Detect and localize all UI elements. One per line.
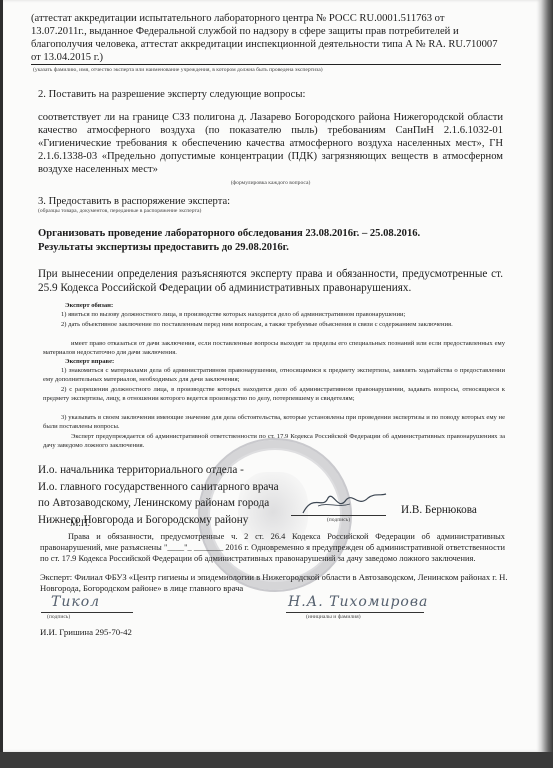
obligation-item-2: 2) дать объективное заключение по постав…: [43, 320, 505, 329]
seal-label: М.П.: [70, 519, 90, 529]
results-deadline-line: Результаты экспертизы предоставить до 29…: [38, 241, 508, 254]
expert-institution-line: Эксперт: Филиал ФБУЗ «Центр гигиены и эп…: [40, 572, 508, 594]
rights-intro: При вынесении определения разъясняются э…: [38, 267, 503, 295]
accreditation-text: (аттестат аккредитации испытательного ла…: [31, 12, 501, 64]
rights-heading: Эксперт вправе:: [65, 357, 114, 366]
accreditation-caption: (указать фамилию, имя, отчество эксперта…: [33, 67, 503, 74]
section3-caption: (образцы товара, документов, переданные …: [38, 208, 508, 215]
section2-caption: (формулировка каждого вопроса): [38, 180, 503, 187]
right-item-2: 2) с разрешения должностного лица, в про…: [43, 385, 505, 403]
accreditation-underline: [31, 64, 501, 65]
footer-contact: И.И. Гришина 295-70-42: [40, 627, 132, 637]
scan-edge-shadow: [541, 0, 553, 752]
expert-signature-line: [41, 612, 133, 613]
lab-survey-line: Организовать проведение лабораторного об…: [38, 227, 508, 240]
expert-signature: Тикол: [51, 594, 100, 610]
expert-name-line: [286, 612, 424, 613]
acknowledgement-text: Права и обязанности, предусмотренные ч. …: [40, 531, 505, 564]
official-title-line: И.о. главного государственного санитарно…: [38, 479, 279, 496]
official-signature-caption: (подпись): [291, 517, 386, 524]
official-signature: [298, 488, 388, 518]
official-name: И.В. Бернюкова: [401, 504, 477, 516]
official-title-line: И.о. начальника территориального отдела …: [38, 462, 279, 479]
section3-heading: 3. Предоставить в распоряжение эксперта:: [38, 195, 508, 208]
obligations-heading: Эксперт обязан:: [65, 301, 113, 310]
expert-signature-caption: (подпись): [47, 614, 70, 621]
obligation-item-1: 1) явиться по вызову должностного лица, …: [43, 310, 505, 319]
section2-heading: 2. Поставить на разрешение эксперту след…: [38, 88, 508, 101]
official-signature-line: [291, 515, 386, 516]
right-item-1: 1) знакомиться с материалами дела об адм…: [43, 366, 505, 384]
official-title-line: по Автозаводскому, Ленинскому районам го…: [38, 495, 279, 512]
obligation-item-3: имеет право отказаться от дачи заключени…: [43, 339, 505, 357]
section2-question: соответствует ли на границе СЗЗ полигона…: [38, 111, 503, 176]
right-item-3: 3) указывать в своем заключении имеющие …: [43, 413, 505, 431]
scan-bottom-band: [0, 752, 553, 768]
expert-name-caption: (инициалы и фамилия): [306, 614, 361, 621]
expert-name-handwritten: Н.А. Тихомирова: [288, 594, 428, 610]
document-page: (аттестат аккредитации испытательного ла…: [3, 0, 541, 752]
